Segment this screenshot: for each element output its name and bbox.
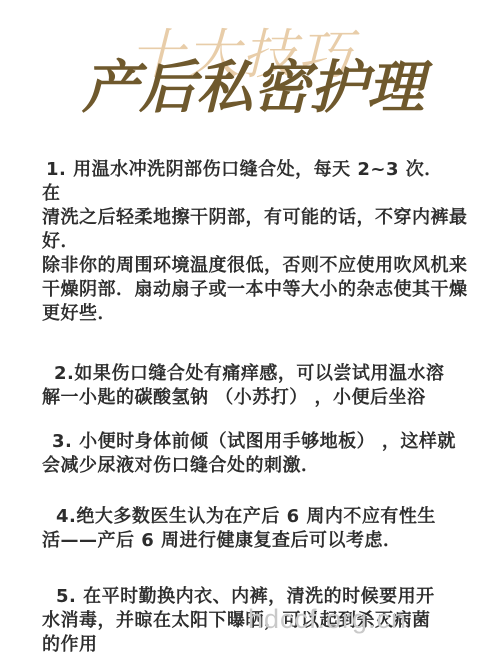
tips-list: 1. 用温水冲洗阴部伤口缝合处，每天 2~3 次． 在 清洗之后轻柔地擦干阴部，… bbox=[42, 158, 468, 654]
page-title: 产后私密护理 bbox=[82, 42, 424, 124]
tip-item-1: 1. 用温水冲洗阴部伤口缝合处，每天 2~3 次． 在 清洗之后轻柔地擦干阴部，… bbox=[42, 158, 468, 326]
watermark-text: hdccf.org.cn bbox=[248, 604, 407, 635]
title-block: 十大技巧 产后私密护理 bbox=[0, 0, 500, 150]
tip-item-2: 2.如果伤口缝合处有痛痒感，可以尝试用温水溶 解一小匙的碳酸氢钠 （小苏打） ，… bbox=[42, 362, 468, 410]
poster-page: 十大技巧 产后私密护理 1. 用温水冲洗阴部伤口缝合处，每天 2~3 次． 在 … bbox=[0, 0, 500, 654]
tip-item-3: 3. 小便时身体前倾（试图用手够地板） ，这样就 会减少尿液对伤口缝合处的刺激． bbox=[42, 430, 468, 478]
tip-item-4: 4.绝大多数医生认为在产后 6 周内不应有性生 活——产后 6 周进行健康复查后… bbox=[42, 505, 468, 553]
